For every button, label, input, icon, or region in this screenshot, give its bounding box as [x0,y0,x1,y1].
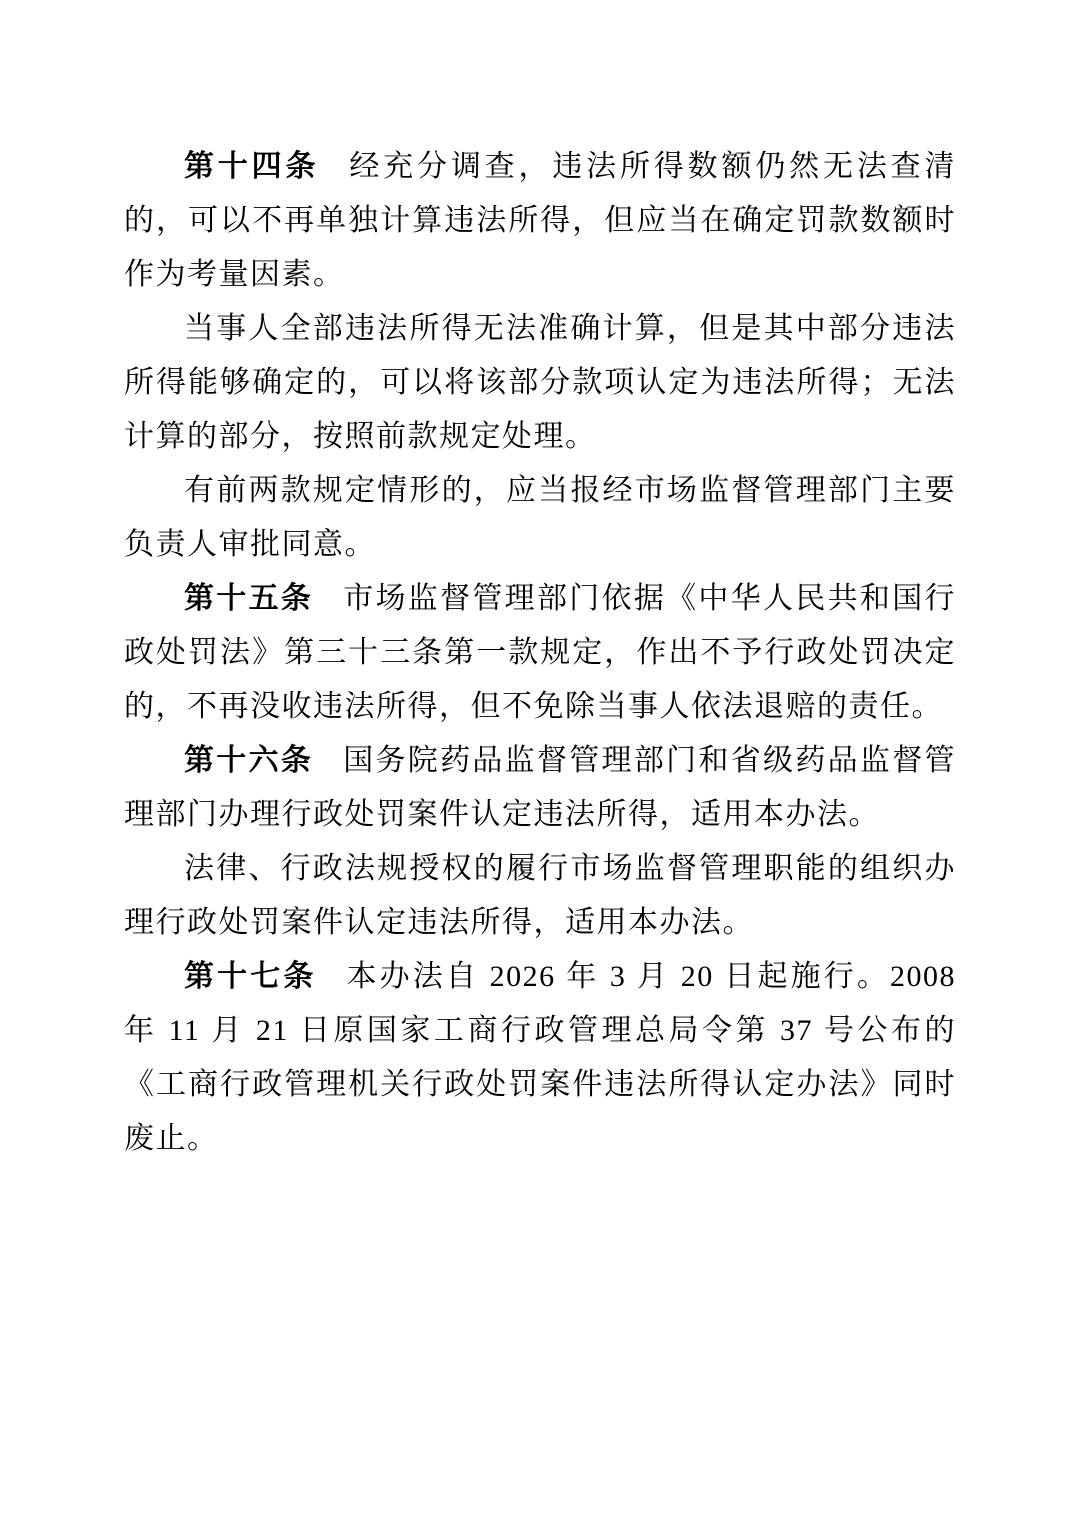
article-number: 第十六条 [184,744,313,777]
paragraph: 第十五条市场监督管理部门依据《中华人民共和国行政处罚法》第三十三条第一款规定，作… [124,572,956,734]
article-number: 第十四条 [184,150,319,183]
paragraph: 第十六条国务院药品监督管理部门和省级药品监督管理部门办理行政处罚案件认定违法所得… [124,734,956,842]
paragraph: 第十七条本办法自 2026 年 3 月 20 日起施行。2008 年 11 月 … [124,950,956,1166]
paragraph: 法律、行政法规授权的履行市场监督管理职能的组织办理行政处罚案件认定违法所得，适用… [124,842,956,950]
paragraph-text: 法律、行政法规授权的履行市场监督管理职能的组织办理行政处罚案件认定违法所得，适用… [124,852,956,939]
paragraph-text: 当事人全部违法所得无法准确计算，但是其中部分违法所得能够确定的，可以将该部分款项… [124,312,956,453]
document-page: 第十四条经充分调查，违法所得数额仍然无法查清的，可以不再单独计算违法所得，但应当… [0,0,1080,1527]
paragraph: 第十四条经充分调查，违法所得数额仍然无法查清的，可以不再单独计算违法所得，但应当… [124,140,956,302]
document-body: 第十四条经充分调查，违法所得数额仍然无法查清的，可以不再单独计算违法所得，但应当… [124,140,956,1166]
paragraph-text: 有前两款规定情形的，应当报经市场监督管理部门主要负责人审批同意。 [124,474,956,561]
paragraph: 有前两款规定情形的，应当报经市场监督管理部门主要负责人审批同意。 [124,464,956,572]
article-number: 第十五条 [184,582,313,615]
article-number: 第十七条 [184,960,316,993]
paragraph: 当事人全部违法所得无法准确计算，但是其中部分违法所得能够确定的，可以将该部分款项… [124,302,956,464]
